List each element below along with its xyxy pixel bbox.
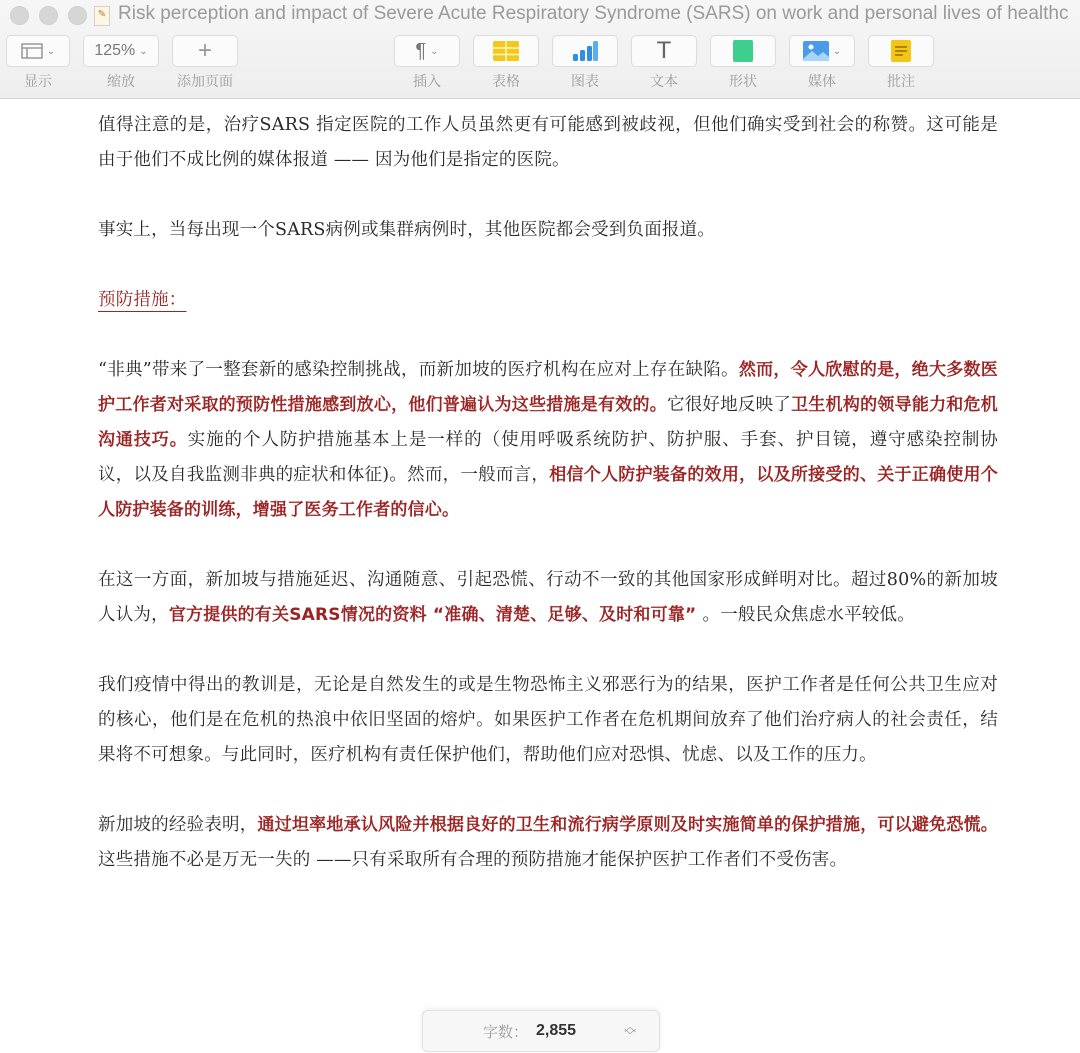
highlight-text: 官方提供的有关SARS情况的资料 “准确、清楚、足够、及时和可靠” (169, 605, 703, 625)
highlight-text: 通过坦率地承认风险并根据良好的卫生和流行病学原则及时实施简单的保护措施，可以避免… (258, 815, 999, 835)
chart-label: 图表 (552, 71, 618, 91)
paragraph-4: 在这一方面，新加坡与措施延迟、沟通随意、引起恐慌、行动不一致的其他国家形成鲜明对… (98, 563, 998, 633)
window-controls (10, 6, 87, 25)
insert-label: 插入 (394, 71, 460, 91)
section-heading: 预防措施： (98, 283, 998, 318)
view-button[interactable]: ⌄ (6, 35, 70, 67)
paragraph-1: 值得注意的是，治疗SARS 指定医院的工作人员虽然更有可能感到被歧视，但他们确实… (98, 108, 998, 178)
media-button[interactable]: ⌄ (789, 35, 855, 67)
word-count-bar[interactable]: 字数： 2,855 ︿﹀ (422, 1010, 660, 1052)
text-icon: T (657, 37, 672, 65)
heading-text: 预防措施： (98, 290, 187, 310)
text-label: 文本 (631, 71, 697, 91)
zoom-value: 125% (94, 42, 135, 60)
add-page-label: 添加页面 (166, 71, 244, 91)
text-button[interactable]: T (631, 35, 697, 67)
shape-label: 形状 (710, 71, 776, 91)
media-icon (803, 41, 829, 61)
word-count-label: 字数： (483, 1021, 528, 1042)
zoom-select[interactable]: 125% ⌄ (83, 35, 159, 67)
chevron-down-icon: ⌄ (47, 46, 55, 57)
media-label: 媒体 (789, 71, 855, 91)
paragraph-6: 新加坡的经验表明，通过坦率地承认风险并根据良好的卫生和流行病学原则及时实施简单的… (98, 808, 998, 878)
zoom-label: 缩放 (83, 71, 159, 91)
chevron-down-icon: ⌄ (430, 46, 438, 57)
comment-button[interactable] (868, 35, 934, 67)
document-body[interactable]: 值得注意的是，治疗SARS 指定医院的工作人员虽然更有可能感到被歧视，但他们确实… (98, 108, 998, 913)
shape-icon (733, 40, 753, 62)
window-title: Risk perception and impact of Severe Acu… (118, 3, 1068, 25)
minimize-window-button[interactable] (39, 6, 58, 25)
view-layout-icon (21, 43, 43, 59)
table-label: 表格 (473, 71, 539, 91)
paragraph-2: 事实上，当每出现一个SARS病例或集群病例时，其他医院都会受到负面报道。 (98, 213, 998, 248)
chevron-down-icon: ⌄ (833, 46, 841, 57)
chevron-down-icon: ⌄ (139, 46, 147, 57)
insert-button[interactable]: ¶ ⌄ (394, 35, 460, 67)
window-titlebar: ✎ Risk perception and impact of Severe A… (0, 0, 1080, 99)
shape-button[interactable] (710, 35, 776, 67)
table-button[interactable] (473, 35, 539, 67)
chart-button[interactable] (552, 35, 618, 67)
close-window-button[interactable] (10, 6, 29, 25)
view-label: 显示 (6, 71, 70, 91)
paragraph-5: 我们疫情中得出的教训是，无论是自然发生的或是生物恐怖主义邪恶行为的结果，医护工作… (98, 668, 998, 773)
document-icon: ✎ (94, 6, 110, 26)
add-page-button[interactable]: + (172, 35, 238, 67)
paragraph-3: “非典”带来了一整套新的感染控制挑战，而新加坡的医疗机构在应对上存在缺陷。然而，… (98, 353, 998, 528)
comment-icon (891, 40, 911, 62)
stepper-icon[interactable]: ︿﹀ (624, 1023, 636, 1039)
plus-icon: + (198, 37, 212, 65)
table-icon (493, 41, 519, 61)
paragraph-icon: ¶ (415, 40, 426, 63)
chart-icon (572, 41, 598, 61)
zoom-window-button[interactable] (68, 6, 87, 25)
word-count-value: 2,855 (536, 1022, 576, 1040)
comment-label: 批注 (868, 71, 934, 91)
